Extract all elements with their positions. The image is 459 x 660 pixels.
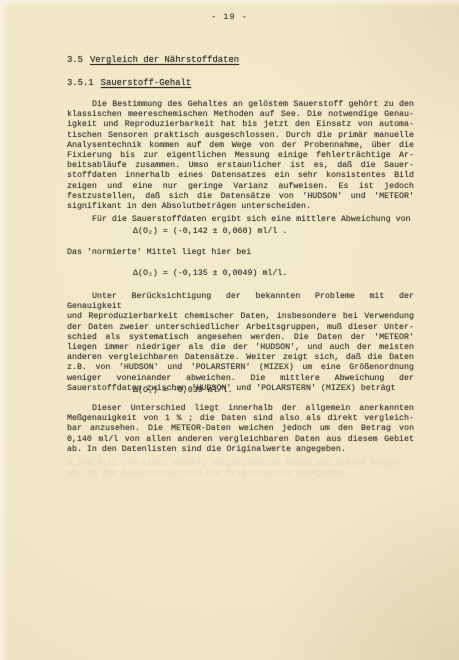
ink-bleed-ghost-text: 0,140 ml/l von allen anderen vergleichba… — [67, 459, 414, 479]
heading-number: 3.5 — [67, 55, 83, 65]
text-line: zeigen und eine nur geringe Varianz aufw… — [67, 182, 414, 192]
scanned-page: - 19 - 3.5Vergleich der Nährstoffdaten3.… — [0, 0, 459, 660]
text-line: Analysentechnik kommen auf dem Wege von … — [67, 141, 414, 151]
text-line: weniger voneinander abweichen. Die mittl… — [67, 374, 414, 384]
text-line: Dieser Unterschied liegt innerhalb der a… — [67, 404, 414, 414]
text-line: z.B. von 'HUDSON' und 'POLARSTERN' (MIZE… — [67, 363, 414, 373]
ghost-line: 0,140 ml/l von allen anderen vergleichba… — [67, 459, 414, 469]
text-line: festzustellen, daß sich die Datensätze v… — [67, 192, 414, 202]
heading-number: 3.5.1 — [67, 78, 94, 88]
text-line: igkeit und Reproduzierbarkeit hat bis je… — [67, 120, 414, 130]
text-line: und Reproduzierbarkeit chemischer Daten,… — [67, 312, 414, 322]
paragraph: Unter Berücksichtigung der bekannten Pro… — [67, 292, 414, 394]
text-line: bar anzusehen. Die METEOR-Daten weichen … — [67, 424, 414, 434]
heading-title: Sauerstoff-Gehalt — [101, 78, 192, 88]
text-line: tischen Sensoren praktisch ausgeschlosse… — [67, 131, 414, 141]
paragraph: Dieser Unterschied liegt innerhalb der a… — [67, 404, 414, 455]
text-line: beitsabläufe zusammen. Umso erstaunliche… — [67, 161, 414, 171]
paragraph: Das 'normierte' Mittel liegt hier bei — [67, 248, 414, 258]
text-line: liegen immer niedriger als die der 'HUDS… — [67, 343, 414, 353]
ghost-line: ab. In den Datenlisten sind die Original… — [67, 469, 414, 479]
text-line: Die Bestimmung des Gehaltes an gelöstem … — [67, 100, 414, 110]
document-content: 3.5Vergleich der Nährstoffdaten3.5.1Saue… — [67, 0, 414, 660]
text-line: Meßgenauigkeit von 1 % ; die Daten sind … — [67, 414, 414, 424]
text-line: signifikant in den Absolutbeträgen unter… — [67, 202, 414, 212]
text-line: stoffdaten innerhalb eines Datensatzes e… — [67, 171, 414, 181]
paragraph: Die Bestimmung des Gehaltes an gelöstem … — [67, 100, 414, 212]
formula-line: Δ(O₂) = (-0,135 ± 0,0049) ml/l. — [67, 269, 414, 279]
subsection-heading: 3.5.1Sauerstoff-Gehalt — [67, 78, 414, 88]
heading-title: Vergleich der Nährstoffdaten — [90, 55, 239, 65]
text-line: Das 'normierte' Mittel liegt hier bei — [67, 248, 414, 258]
text-line: der Daten zweier unterschiedlicher Arbei… — [67, 323, 414, 333]
text-line: klassischen meereschemischen Methoden au… — [67, 110, 414, 120]
text-line: Für die Sauerstoffdaten ergibt sich eine… — [67, 215, 414, 225]
section-heading: 3.5Vergleich der Nährstoffdaten — [67, 55, 414, 65]
text-line: Fixierung bis zur eigentlichen Messung e… — [67, 151, 414, 161]
formula-line: Δ(O₂) = -0,039 ml/l. — [67, 386, 414, 396]
text-line: schied als systematisch angesehen werden… — [67, 333, 414, 343]
formula-line: Δ(O₂) = (-0,142 ± 0,060) ml/l . — [67, 227, 414, 237]
text-line: 0,140 ml/l von allen anderen vergleichba… — [67, 435, 414, 445]
text-line: anderen vergleichbaren Datensätze. Weite… — [67, 353, 414, 363]
text-line: ab. In den Datenlisten sind die Original… — [67, 445, 414, 455]
paragraph: Für die Sauerstoffdaten ergibt sich eine… — [67, 215, 414, 225]
text-line: Unter Berücksichtigung der bekannten Pro… — [67, 292, 414, 312]
